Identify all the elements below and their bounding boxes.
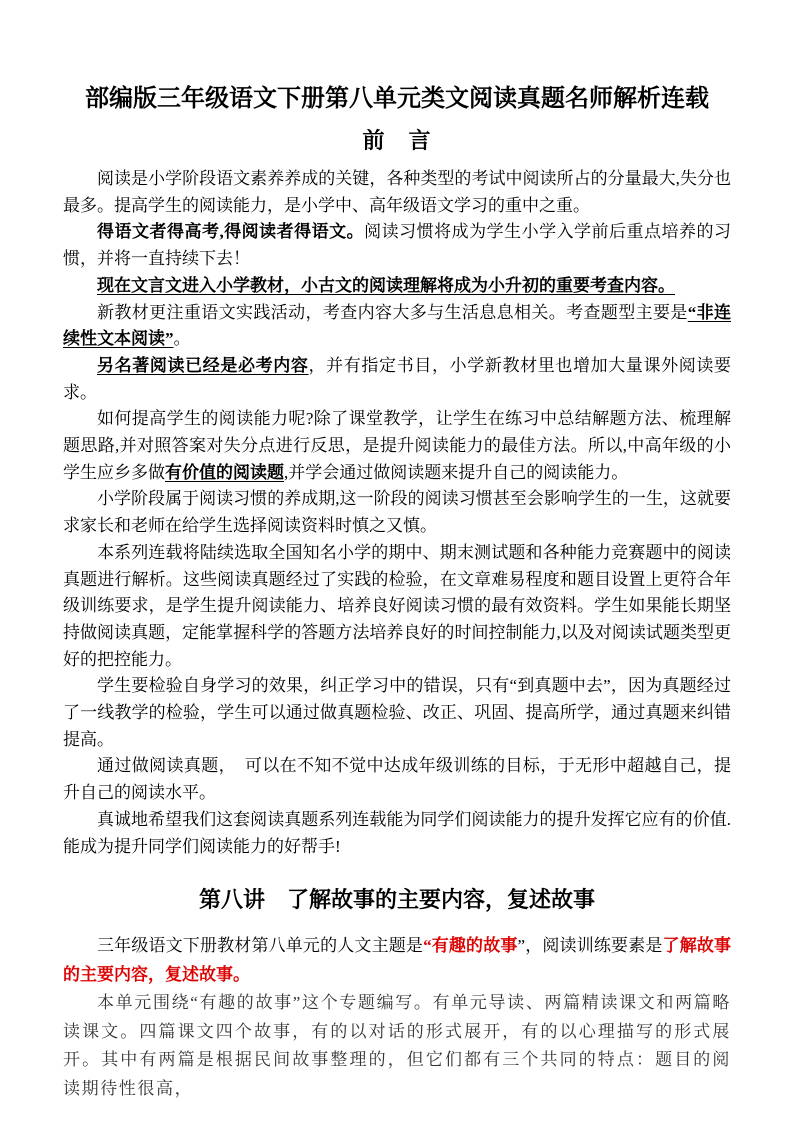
- section-heading: 第八讲 了解故事的主要内容，复述故事: [63, 886, 731, 914]
- preface-paragraph-1: 阅读是小学阶段语文素养养成的关键，各种类型的考试中阅读所占的分量最大,失分也最多…: [63, 166, 731, 219]
- text-run: ”，阅读训练要素是: [518, 936, 663, 955]
- text-run: 有价值的阅读题: [165, 463, 284, 482]
- text-run: 现在文言文进入小学教材，小古文的阅读理解将成为小升初的重要考查内容。: [97, 276, 675, 295]
- preface-paragraph-5: 另名著阅读已经是必考内容，并有指定书目，小学新教材里也增加大量课外阅读要求。: [63, 353, 731, 406]
- text-run: 通过做阅读真题， 可以在不知不觉中达成年级训练的目标，于无形中超越自己，提升自己…: [63, 756, 731, 802]
- text-run: 学生要检验自身学习的效果，纠正学习中的错误，只有“到真题中去”，因为真题经过了一…: [63, 676, 731, 748]
- preface-paragraph-10: 通过做阅读真题， 可以在不知不觉中达成年级训练的目标，于无形中超越自己，提升自己…: [63, 753, 731, 806]
- document-page: 部编版三年级语文下册第八单元类文阅读真题名师解析连载 前 言 阅读是小学阶段语文…: [0, 0, 794, 1103]
- preface-paragraph-9: 学生要检验自身学习的效果，纠正学习中的错误，只有“到真题中去”，因为真题经过了一…: [63, 673, 731, 753]
- text-run: 三年级语文下册教材第八单元的人文主题是: [97, 936, 423, 955]
- text-run: 本单元围绕“有趣的故事”这个专题编写。有单元导读、两篇精读课文和两篇略读课文。四…: [63, 993, 731, 1098]
- section-paragraph-1: 三年级语文下册教材第八单元的人文主题是“有趣的故事”，阅读训练要素是了解故事的主…: [63, 932, 731, 989]
- preface-paragraph-6: 如何提高学生的阅读能力呢?除了课堂教学，让学生在练习中总结解题方法、梳理解题思路…: [63, 406, 731, 486]
- preface-paragraph-11: 真诚地希望我们这套阅读真题系列连载能为同学们阅读能力的提升发挥它应有的价值.能成…: [63, 807, 731, 860]
- preface-paragraph-2: 得语文者得高考,得阅读者得语文。阅读习惯将成为学生小学入学前后重点培养的习惯，并…: [63, 219, 731, 272]
- text-run: 本系列连载将陆续选取全国知名小学的期中、期末测试题和各种能力竞赛题中的阅读真题进…: [63, 543, 731, 669]
- text-run: 小学阶段属于阅读习惯的养成期,这一阶段的阅读习惯甚至会影响学生的一生，这就要求家…: [63, 489, 731, 535]
- preface-body: 阅读是小学阶段语文素养养成的关键，各种类型的考试中阅读所占的分量最大,失分也最多…: [63, 166, 731, 860]
- text-run: 。: [174, 329, 191, 348]
- text-run: “有趣的故事: [423, 936, 517, 955]
- preface-paragraph-8: 本系列连载将陆续选取全国知名小学的期中、期末测试题和各种能力竞赛题中的阅读真题进…: [63, 540, 731, 674]
- preface-paragraph-3: 现在文言文进入小学教材，小古文的阅读理解将成为小升初的重要考查内容。: [63, 273, 731, 300]
- section-paragraph-2: 本单元围绕“有趣的故事”这个专题编写。有单元导读、两篇精读课文和两篇略读课文。四…: [63, 989, 731, 1103]
- doc-title: 部编版三年级语文下册第八单元类文阅读真题名师解析连载: [63, 84, 731, 114]
- preface-paragraph-4: 新教材更注重语文实践活动，考查内容大多与生活息息相关。考查题型主要是“非连续性文…: [63, 300, 731, 353]
- section-body: 三年级语文下册教材第八单元的人文主题是“有趣的故事”，阅读训练要素是了解故事的主…: [63, 932, 731, 1103]
- text-run: 真诚地希望我们这套阅读真题系列连载能为同学们阅读能力的提升发挥它应有的价值.能成…: [63, 810, 731, 856]
- text-run: 得语文者得高考,得阅读者得语文。: [97, 222, 364, 241]
- text-run: 阅读是小学阶段语文素养养成的关键，各种类型的考试中阅读所占的分量最大,失分也最多…: [63, 169, 731, 215]
- text-run: 另名著阅读已经是必考内容: [97, 356, 309, 375]
- text-run: ,并学会通过做阅读题来提升自己的阅读能力。: [284, 463, 628, 482]
- preface-paragraph-7: 小学阶段属于阅读习惯的养成期,这一阶段的阅读习惯甚至会影响学生的一生，这就要求家…: [63, 486, 731, 539]
- text-run: 新教材更注重语文实践活动，考查内容大多与生活息息相关。考查题型主要是: [97, 303, 688, 322]
- preface-heading: 前 言: [63, 127, 731, 155]
